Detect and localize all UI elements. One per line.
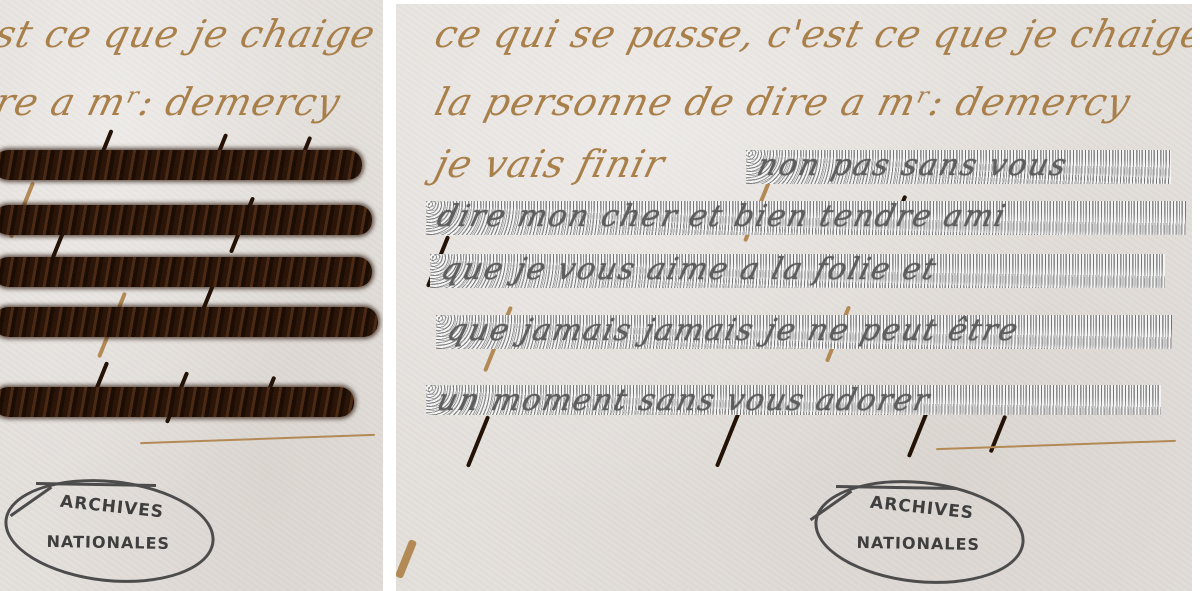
- recovered-manuscript-panel: ce qui se passe, c'est ce que je chaige …: [396, 4, 1192, 591]
- ink-stroke: [396, 539, 417, 579]
- archives-nationales-stamp: ARCHIVES NATIONALES: [809, 470, 1030, 591]
- manuscript-line-1: ce qui se passe, c'est ce que je chaige: [431, 12, 1192, 56]
- manuscript-line-2: la personne de dire a mʳ: demercy: [431, 80, 1136, 124]
- recovered-line-1: non pas sans vous: [746, 150, 1171, 184]
- stamp-text-top: ARCHIVES: [9, 486, 215, 527]
- ink-stroke: [466, 415, 490, 467]
- recovered-line-5: un moment sans vous adorer: [426, 385, 1161, 415]
- recovered-line-3-text: que je vous aime a la folie et: [438, 254, 942, 287]
- redacted-line-2: [0, 205, 372, 235]
- signature-flourish: [936, 440, 1176, 450]
- original-manuscript-panel: st ce que je chaige re a mʳ: demercy ARC…: [0, 0, 383, 591]
- redacted-line-5: [0, 387, 354, 417]
- recovered-line-4-text: que jamais jamais je ne peut être: [444, 315, 1024, 348]
- signature-flourish: [140, 434, 375, 444]
- ink-stroke: [907, 410, 929, 458]
- manuscript-line-1: st ce que je chaige: [0, 12, 380, 56]
- recovered-line-4: que jamais jamais je ne peut être: [436, 315, 1172, 349]
- ink-stroke: [715, 410, 741, 467]
- redacted-line-3: [0, 257, 372, 287]
- recovered-line-2-text: dire mon cher et bien tendre ami: [434, 201, 1011, 234]
- archives-nationales-stamp: ARCHIVES NATIONALES: [0, 469, 220, 591]
- recovered-line-3: que je vous aime a la folie et: [430, 254, 1165, 288]
- stamp-text-top: ARCHIVES: [819, 487, 1025, 528]
- manuscript-line-3: je vais finir: [431, 142, 670, 186]
- recovered-line-5-text: un moment sans vous adorer: [434, 385, 935, 415]
- recovered-line-1-text: non pas sans vous: [754, 150, 1072, 183]
- redacted-line-1: [0, 150, 362, 180]
- recovered-line-2: dire mon cher et bien tendre ami: [426, 201, 1186, 235]
- redacted-line-4: [0, 307, 378, 337]
- manuscript-line-2: re a mʳ: demercy: [0, 80, 345, 124]
- stamp-text-bottom: NATIONALES: [816, 532, 1021, 555]
- stamp-text-bottom: NATIONALES: [6, 531, 211, 554]
